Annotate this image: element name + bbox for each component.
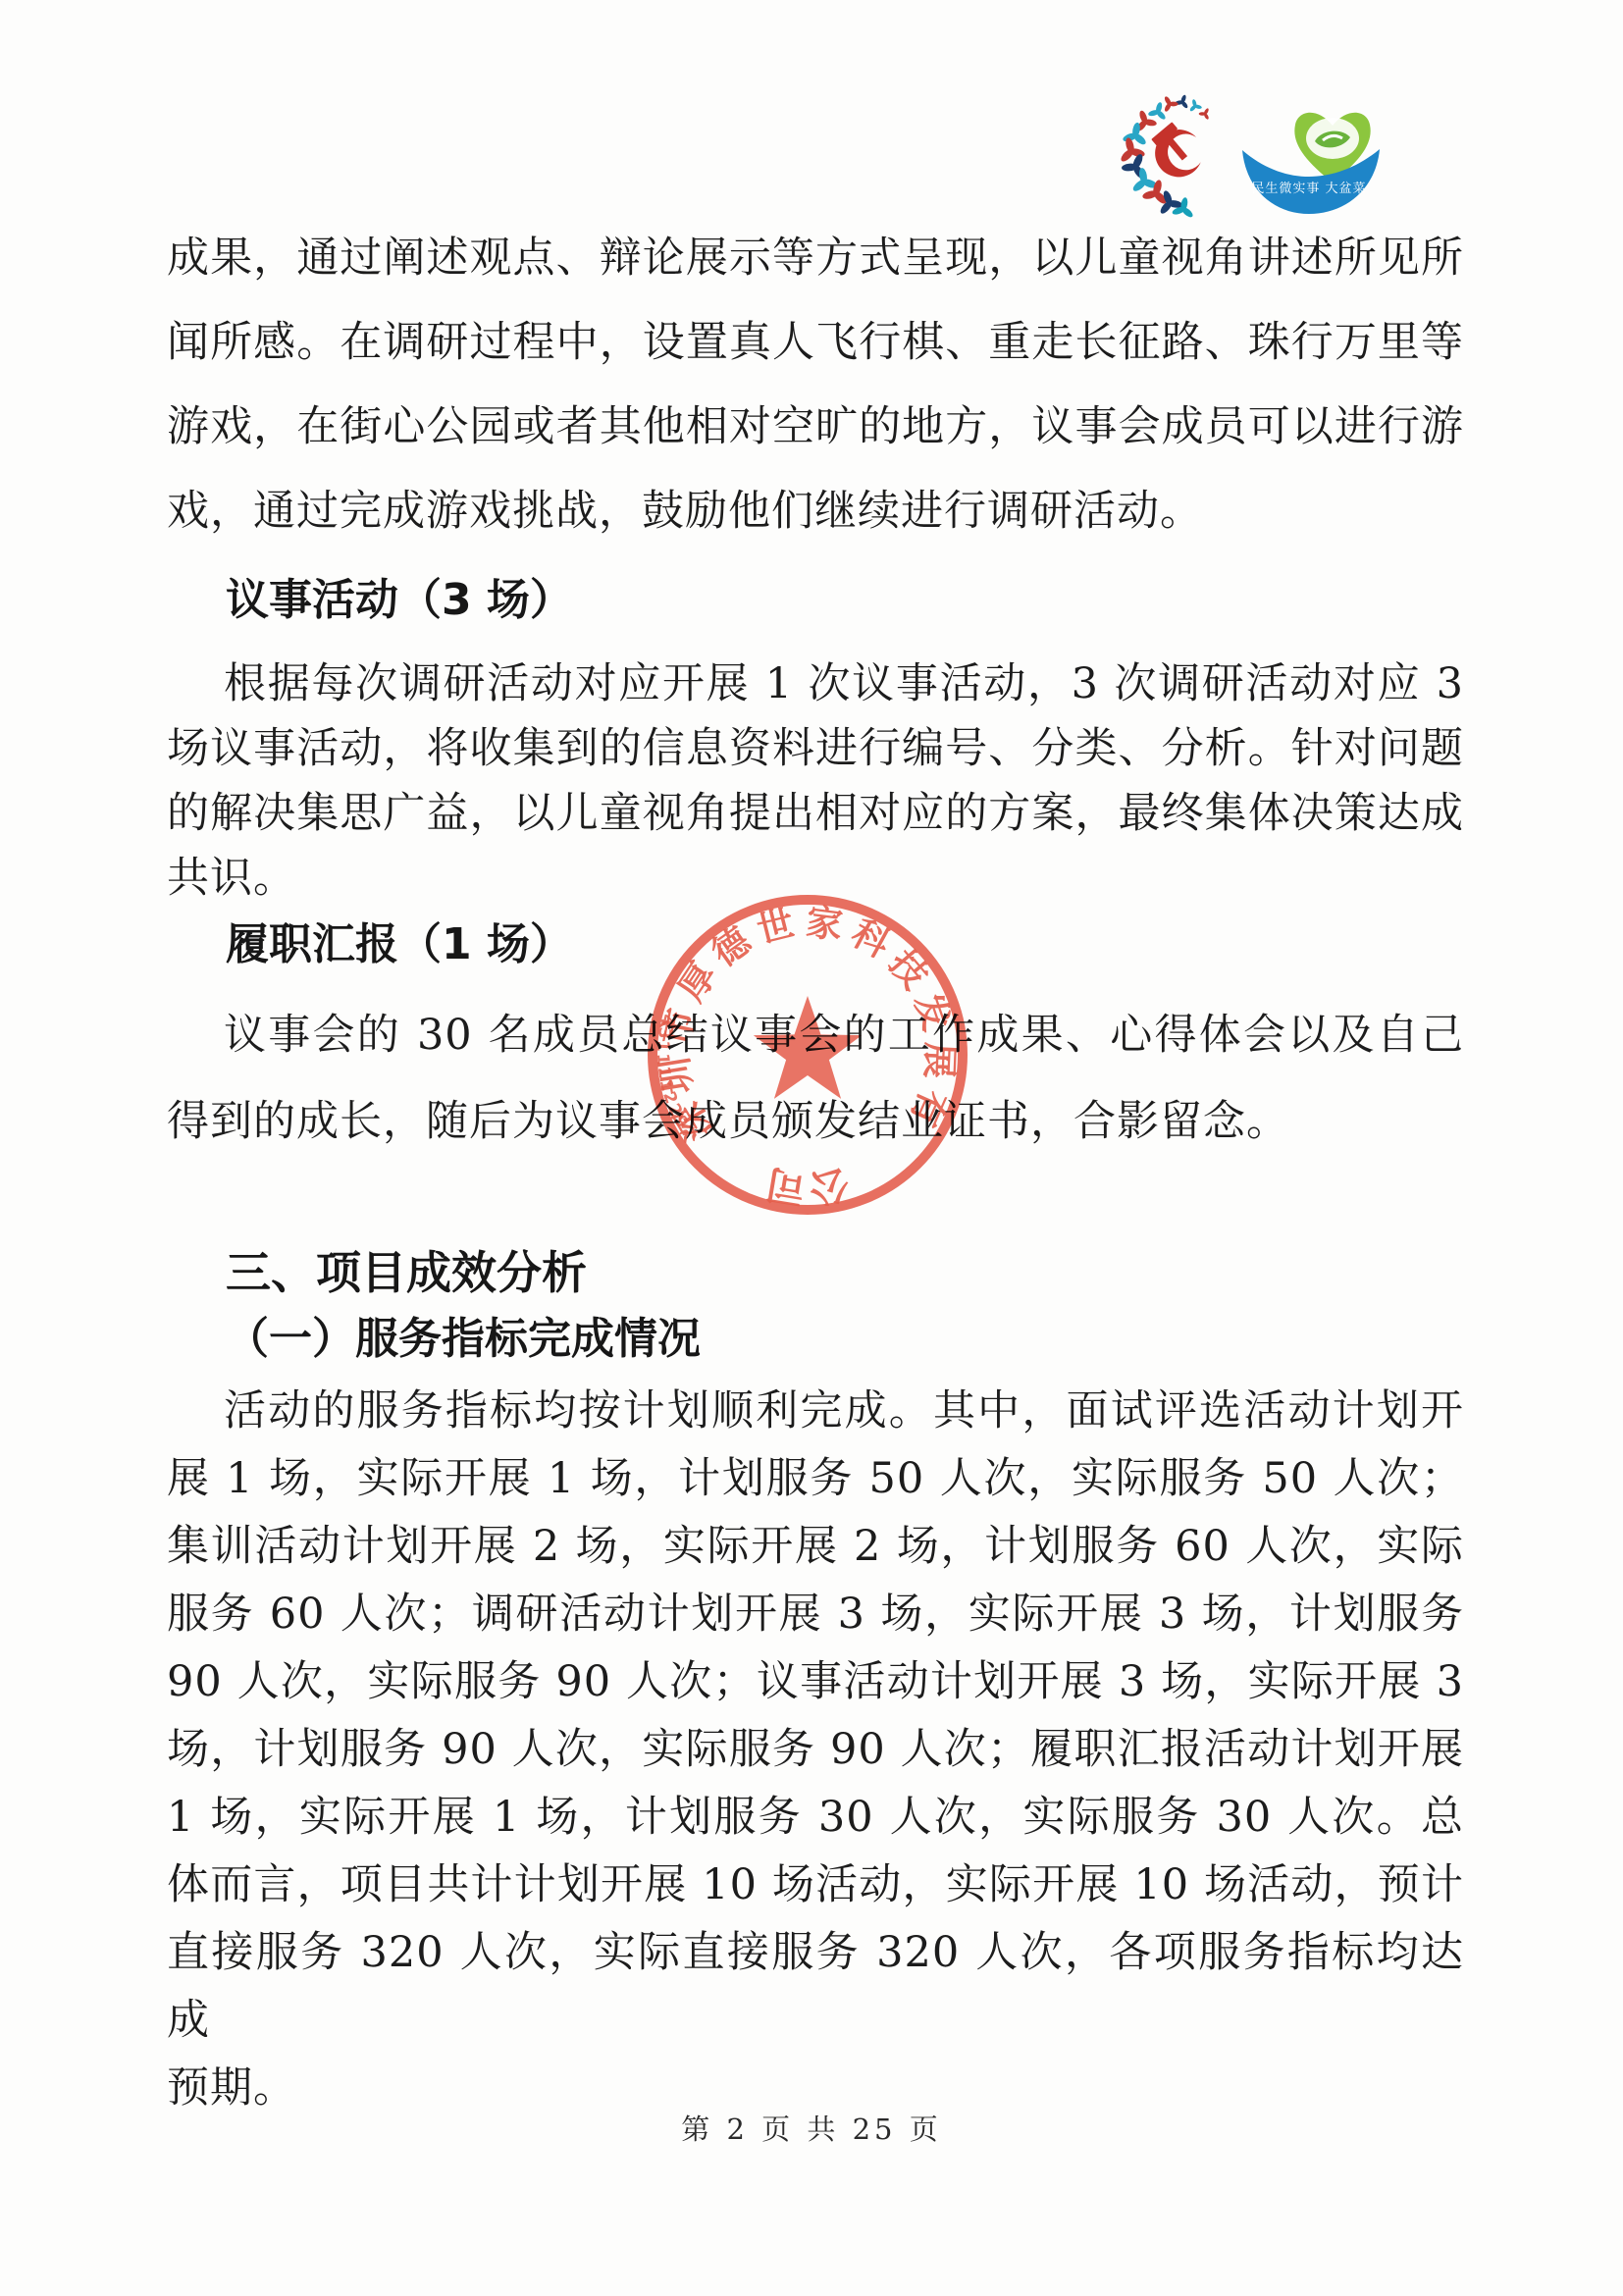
text-line: 根据每次调研活动对应开展 1 次议事活动，3 次调研活动对应 3 xyxy=(167,652,1464,716)
minsheng-bowl-logo: 民生微实事 大盆菜 xyxy=(1229,94,1393,224)
bowl-label: 民生微实事 大盆菜 xyxy=(1251,181,1366,196)
company-stamp: 深圳市厚德世家科技发展有限 公司 4311112297 xyxy=(631,878,984,1231)
text-line: 戏，通过完成游戏挑战，鼓励他们继续进行调研活动。 xyxy=(167,469,1464,553)
text-line: 活动的服务指标均按计划顺利完成。其中，面试评选活动计划开 xyxy=(167,1378,1464,1445)
text-line: 展 1 场，实际开展 1 场，计划服务 50 人次，实际服务 50 人次； xyxy=(167,1445,1464,1513)
text-line: 集训活动计划开展 2 场，实际开展 2 场，计划服务 60 人次，实际 xyxy=(167,1513,1464,1581)
text-line: 场议事活动，将收集到的信息资料进行编号、分类、分析。针对问题 xyxy=(167,716,1464,781)
text-line: 场，计划服务 90 人次，实际服务 90 人次；履职汇报活动计划开展 xyxy=(167,1716,1464,1784)
text-line: 90 人次，实际服务 90 人次；议事活动计划开展 3 场，实际开展 3 xyxy=(167,1648,1464,1716)
text-line: 闻所感。在调研过程中，设置真人飞行棋、重走长征路、珠行万里等 xyxy=(167,300,1464,385)
paragraph-service-indicators: 活动的服务指标均按计划顺利完成。其中，面试评选活动计划开展 1 场，实际开展 1… xyxy=(167,1378,1464,2122)
text-line: 直接服务 320 人次，实际直接服务 320 人次，各项服务指标均达成 xyxy=(167,1919,1464,2055)
text-line: 1 场，实际开展 1 场，计划服务 30 人次，实际服务 30 人次。总 xyxy=(167,1784,1464,1852)
heading-duty-report: 履职汇报（1 场） xyxy=(226,917,573,972)
scanned-report-page: 民生微实事 大盆菜 成果，通过阐述观点、辩论展示等方式呈现，以儿童视角讲述所见所… xyxy=(0,0,1623,2296)
text-line: 的解决集思广益，以儿童视角提出相对应的方案，最终集体决策达成 xyxy=(167,781,1464,846)
text-line: 体而言，项目共计计划开展 10 场活动，实际开展 10 场活动，预计 xyxy=(167,1852,1464,1919)
page-number: 第 2 页 共 25 页 xyxy=(0,2108,1623,2148)
paragraph-continued: 成果，通过阐述观点、辩论展示等方式呈现，以儿童视角讲述所见所闻所感。在调研过程中… xyxy=(167,216,1464,553)
stamp-star-icon xyxy=(754,996,862,1099)
paragraph-deliberation: 根据每次调研活动对应开展 1 次议事活动，3 次调研活动对应 3场议事活动，将收… xyxy=(167,652,1464,911)
party-heart-logo xyxy=(1119,92,1225,220)
text-line: 成果，通过阐述观点、辩论展示等方式呈现，以儿童视角讲述所见所 xyxy=(167,216,1464,300)
text-line: 游戏，在街心公园或者其他相对空旷的地方，议事会成员可以进行游 xyxy=(167,385,1464,469)
svg-text:公司: 公司 xyxy=(762,1160,852,1211)
text-line: 服务 60 人次；调研活动计划开展 3 场，实际开展 3 场，计划服务 xyxy=(167,1581,1464,1648)
heading-service-indicators: （一）服务指标完成情况 xyxy=(226,1312,701,1367)
hammer-sickle-icon xyxy=(1151,122,1200,177)
heading-section-three: 三、项目成效分析 xyxy=(226,1245,587,1300)
stamp-ring-text-bottom: 公司 xyxy=(762,1160,852,1211)
heading-deliberation-activity: 议事活动（3 场） xyxy=(226,573,573,628)
